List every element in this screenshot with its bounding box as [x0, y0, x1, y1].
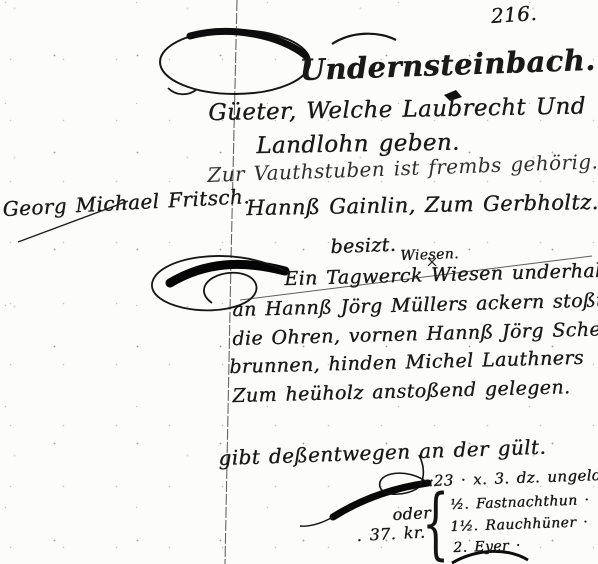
- margin-owner-name: Georg Michael Fritsch.: [2, 184, 250, 221]
- section-title: Undernsteinbach.: [299, 43, 596, 87]
- holder-verb: besizt.: [330, 234, 396, 258]
- page-fold-line: [225, 0, 237, 564]
- dues-paraph-tail: [300, 517, 333, 526]
- body-line: Ein Tagwerck Wiesen underhalb Lutz: [284, 258, 598, 290]
- dues-money-line: :23 · x. 3. dz. ungeld ·: [428, 466, 598, 490]
- title-flourish-thick-arc: [190, 31, 306, 56]
- body-line: die Ohren, vornen Hannß Jörg Schenck,: [232, 317, 598, 350]
- dues-alt-amount: . 37. kr.: [356, 522, 426, 545]
- title-accent-stroke: [332, 34, 396, 44]
- page-number: 216.: [490, 1, 538, 28]
- initial-flourish-thick-swash: [170, 264, 285, 283]
- title-flourish-oval: [160, 30, 310, 94]
- interlinear-insertion: Wiesen.: [400, 246, 459, 264]
- dues-item: ½. Fastnachthun ·: [450, 492, 589, 513]
- dues-brace: {: [422, 487, 450, 561]
- body-line: Zum heüholz anstoßend gelegen.: [232, 376, 571, 407]
- holder-line: Hannß Gainlin, Zum Gerbholtz.: [246, 190, 598, 220]
- dues-paraph-loop: [380, 473, 428, 494]
- body-line: an Hannß Jörg Müllers ackern stoßt: [232, 289, 598, 321]
- dues-item: 1½. Rauchhüner ·: [450, 514, 588, 535]
- body-line: brunnen, hinden Michel Lauthners: [229, 347, 584, 378]
- manuscript-page: 216. Undernsteinbach. Güeter, Welche Lau…: [0, 0, 598, 564]
- dues-intro-line: gibt deßentwegen an der gült.: [218, 435, 546, 470]
- subtitle-line-1: Güeter, Welche Laubrecht Und: [208, 93, 586, 126]
- dues-item: 2. Eyer ·: [453, 538, 521, 556]
- title-flourish-tail: [168, 88, 196, 94]
